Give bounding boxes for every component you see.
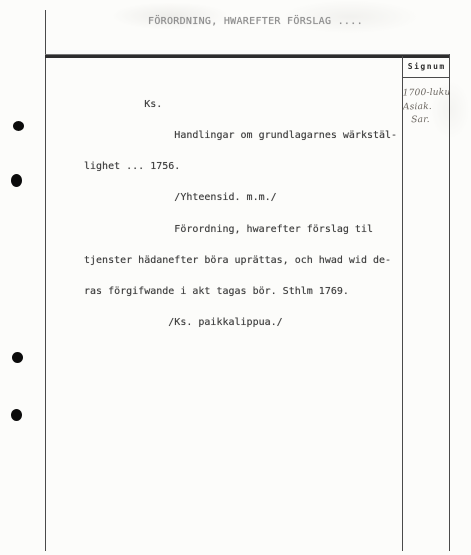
card-top-border xyxy=(45,54,450,58)
typed-entry: Ks. Handlingar om grundlagarnes wärkstäl… xyxy=(84,79,397,350)
signum-note-line: Sar. xyxy=(403,114,453,128)
signum-note-line: Asiak. xyxy=(403,100,453,114)
signum-column-header: Signum xyxy=(402,62,450,71)
signum-header-underline xyxy=(402,77,450,78)
card-right-border xyxy=(449,54,450,551)
page-title: FÖRORDNING, HWAREFTER FÖRSLAG .... xyxy=(148,16,363,27)
typed-line: Handlingar om grundlagarnes wärkstäl- xyxy=(84,131,397,141)
hole-punch-dot xyxy=(13,121,24,131)
typed-line: lighet ... 1756. xyxy=(84,162,397,172)
typed-line: Ks. xyxy=(84,100,397,110)
typed-line: /Yhteensid. m.m./ xyxy=(84,193,397,203)
typed-line: tjenster hädanefter böra uprättas, och h… xyxy=(84,256,397,266)
scanned-catalog-card-page: FÖRORDNING, HWAREFTER FÖRSLAG .... Signu… xyxy=(0,0,471,555)
typed-line: ras förgifwande i akt tagas bör. Sthlm 1… xyxy=(84,287,397,297)
hole-punch-dot xyxy=(11,409,22,421)
typed-line: /Ks. paikkalippua./ xyxy=(84,318,397,328)
left-margin-rule xyxy=(45,10,46,551)
signum-handwritten-annotation: 1700-luku Asiak. Sar. xyxy=(403,87,454,128)
signum-note-line: 1700-luku xyxy=(403,87,453,101)
signum-column-divider xyxy=(402,56,403,551)
hole-punch-dot xyxy=(12,352,23,363)
hole-punch-dot xyxy=(11,174,22,187)
typed-line: Förordning, hwarefter förslag til xyxy=(84,225,397,235)
